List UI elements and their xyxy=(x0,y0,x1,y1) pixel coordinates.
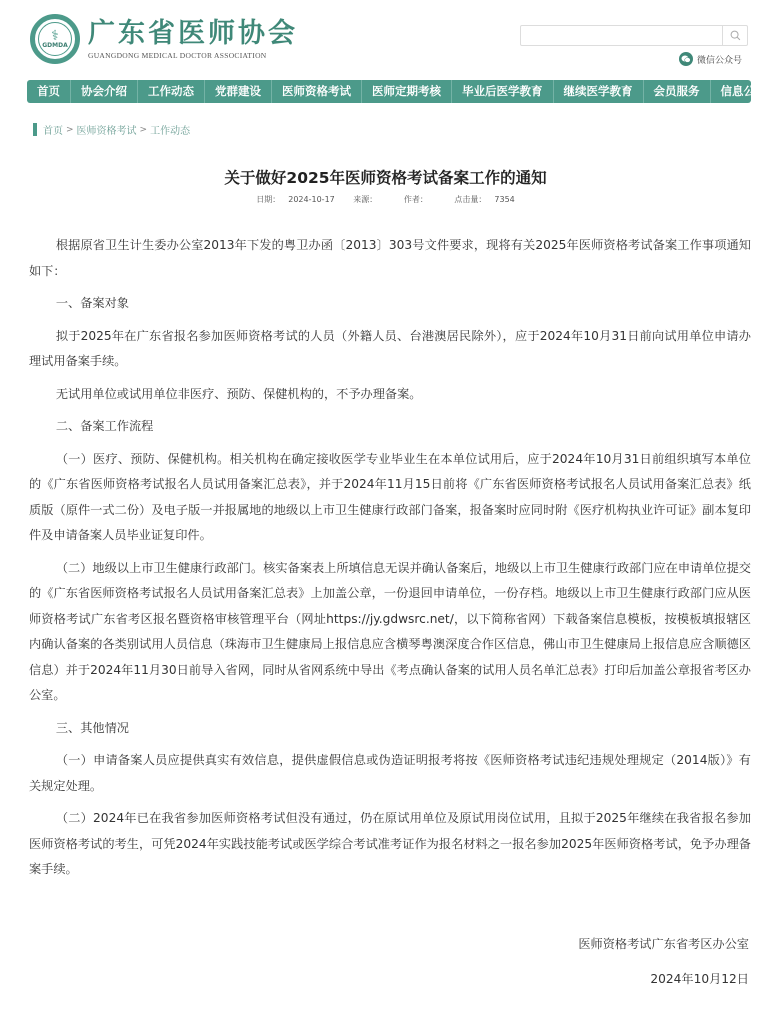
article-body: 根据原省卫生计生委办公室2013年下发的粤卫办函〔2013〕303号文件要求，现… xyxy=(29,233,751,890)
nav-item-information[interactable]: 信息公开 xyxy=(711,80,771,103)
wechat-icon xyxy=(679,52,693,66)
logo-abbr: GDMDA xyxy=(42,42,68,49)
nav-item-continuing-education[interactable]: 继续医学教育 xyxy=(554,80,644,103)
nav-item-member-services[interactable]: 会员服务 xyxy=(644,80,711,103)
signature-org: 医师资格考试广东省考区办公室 xyxy=(578,935,749,952)
signature-date: 2024年10月12日 xyxy=(650,970,749,987)
section-heading-1: 一、备案对象 xyxy=(29,291,751,317)
paragraph: （二）地级以上市卫生健康行政部门。核实备案表上所填信息无误并确认备案后，地级以上… xyxy=(29,556,751,709)
breadcrumb-news[interactable]: 工作动态 xyxy=(150,122,190,137)
paragraph: 无试用单位或试用单位非医疗、预防、保健机构的，不予办理备案。 xyxy=(29,382,751,408)
paragraph: 拟于2025年在广东省报名参加医师资格考试的人员（外籍人员、台港澳居民除外），应… xyxy=(29,324,751,375)
site-logo[interactable]: ⚕ GDMDA 广东省医师协会 GUANGDONG MEDICAL DOCTOR… xyxy=(30,14,298,64)
logo-emblem-icon: ⚕ GDMDA xyxy=(30,14,80,64)
article-meta: 日期：2024-10-17 来源： 作者： 点击量：7354 xyxy=(0,194,771,205)
nav-item-periodic-assessment[interactable]: 医师定期考核 xyxy=(362,80,452,103)
breadcrumb-separator: > xyxy=(140,125,148,135)
date-label: 日期： xyxy=(256,195,280,204)
nav-item-about[interactable]: 协会介绍 xyxy=(71,80,138,103)
nav-item-home[interactable]: 首页 xyxy=(27,80,71,103)
section-heading-3: 三、其他情况 xyxy=(29,716,751,742)
breadcrumb-marker xyxy=(33,123,37,136)
nav-item-news[interactable]: 工作动态 xyxy=(138,80,205,103)
search-icon xyxy=(730,30,741,41)
paragraph-intro: 根据原省卫生计生委办公室2013年下发的粤卫办函〔2013〕303号文件要求，现… xyxy=(29,233,751,284)
breadcrumb: 首页 > 医师资格考试 > 工作动态 xyxy=(33,122,190,137)
paragraph: （二）2024年已在我省参加医师资格考试但没有通过，仍在原试用单位及原试用岗位试… xyxy=(29,806,751,883)
author-label: 作者： xyxy=(404,195,428,204)
views-count: 7354 xyxy=(494,195,514,204)
search-input[interactable] xyxy=(521,26,722,45)
paragraph: （一）医疗、预防、保健机构。相关机构在确定接收医学专业毕业生在本单位试用后，应于… xyxy=(29,447,751,549)
logo-chinese-name: 广东省医师协会 xyxy=(88,18,298,50)
site-header: ⚕ GDMDA 广东省医师协会 GUANGDONG MEDICAL DOCTOR… xyxy=(0,0,771,78)
source-label: 来源： xyxy=(353,195,377,204)
breadcrumb-qualification-exam[interactable]: 医师资格考试 xyxy=(77,122,137,137)
paragraph: （一）申请备案人员应提供真实有效信息，提供虚假信息或伪造证明报考将按《医师资格考… xyxy=(29,748,751,799)
views-label: 点击量： xyxy=(454,195,486,204)
nav-item-postgraduate-education[interactable]: 毕业后医学教育 xyxy=(452,80,554,103)
search-button[interactable] xyxy=(722,26,747,45)
breadcrumb-separator: > xyxy=(66,125,74,135)
main-nav: 首页 协会介绍 工作动态 党群建设 医师资格考试 医师定期考核 毕业后医学教育 … xyxy=(27,80,751,103)
wechat-link[interactable]: 微信公众号 xyxy=(679,52,742,66)
article-title: 关于做好2025年医师资格考试备案工作的通知 xyxy=(0,166,771,188)
caduceus-icon: ⚕ xyxy=(51,30,59,42)
search-box xyxy=(520,25,748,46)
nav-item-party[interactable]: 党群建设 xyxy=(205,80,272,103)
breadcrumb-home[interactable]: 首页 xyxy=(43,122,63,137)
logo-english-name: GUANGDONG MEDICAL DOCTOR ASSOCIATION xyxy=(88,51,298,60)
date-value: 2024-10-17 xyxy=(288,195,335,204)
section-heading-2: 二、备案工作流程 xyxy=(29,414,751,440)
wechat-label: 微信公众号 xyxy=(697,53,742,66)
nav-item-qualification-exam[interactable]: 医师资格考试 xyxy=(272,80,362,103)
